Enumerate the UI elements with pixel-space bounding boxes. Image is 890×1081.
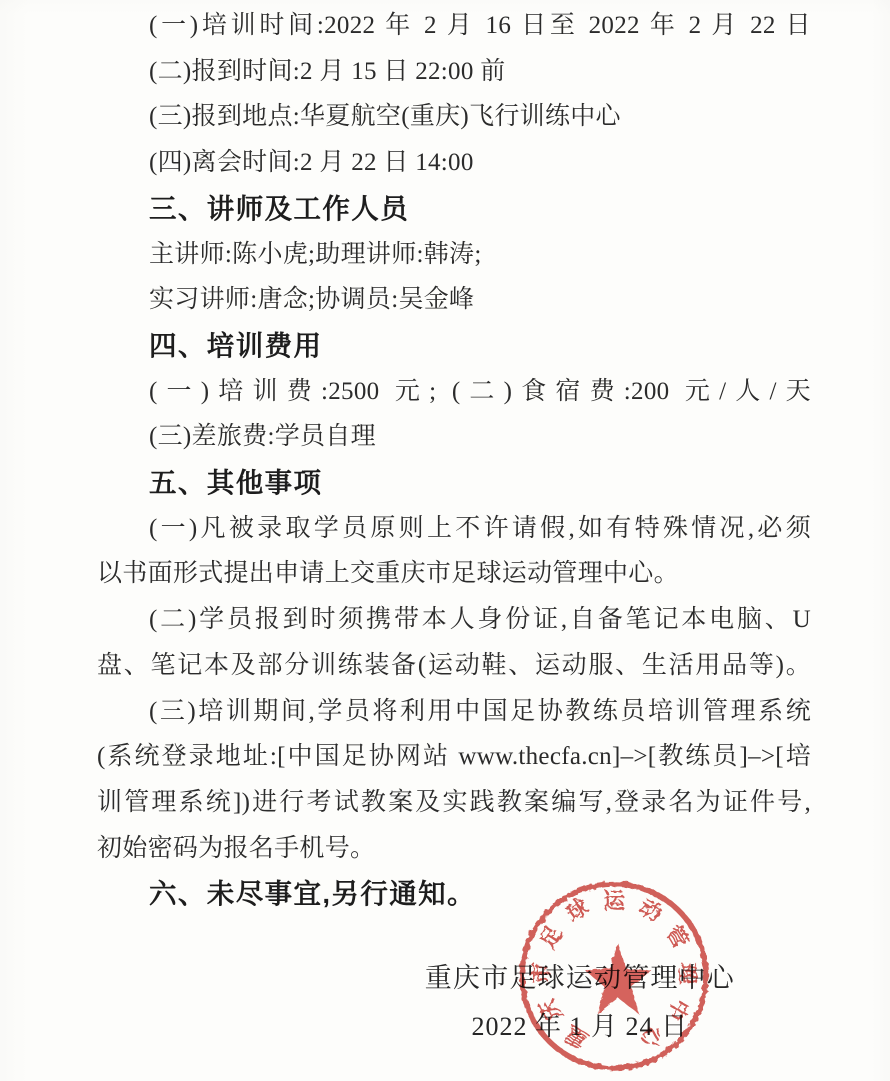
document-line: (三)报到地点:华夏航空(重庆)飞行训练中心 — [97, 94, 811, 140]
seal-arc-char: 足 — [535, 921, 567, 952]
document-line: (三)差旅费:学员自理 — [97, 414, 811, 460]
document-line: (二)学员报到时须携带本人身份证,自备笔记本电脑、U — [97, 597, 811, 643]
document-heading-line: 三、讲师及工作人员 — [97, 186, 811, 232]
document-line: 初始密码为报名手机号。 — [97, 826, 811, 872]
document-line: (三)培训期间,学员将利用中国足协教练员培训管理系统 — [97, 689, 811, 735]
signature-date: 2022 年 1 月 24 日 — [471, 1006, 688, 1043]
document-page: (一)培训时间:2022 年 2 月 16 日至 2022 年 2 月 22 日… — [0, 0, 890, 1081]
document-line: (四)离会时间:2 月 22 日 14:00 — [97, 140, 811, 186]
document-line: 训管理系统])进行考试教案及实践教案编写,登录名为证件号, — [97, 780, 811, 826]
document-line: (一)凡被录取学员原则上不许请假,如有特殊情况,必须 — [97, 506, 811, 552]
document-heading-line: 四、培训费用 — [97, 323, 811, 369]
document-line: 主讲师:陈小虎;助理讲师:韩涛; — [97, 232, 811, 278]
document-line: 以书面形式提出申请上交重庆市足球运动管理中心。 — [97, 551, 811, 597]
document-line: (一)培训费:2500 元; (二)食宿费:200 元/人/天 — [97, 369, 811, 415]
document-heading-line: 五、其他事项 — [97, 460, 811, 506]
signature-org: 重庆市足球运动管理中心 — [425, 956, 735, 995]
document-line: (一)培训时间:2022 年 2 月 16 日至 2022 年 2 月 22 日 — [97, 3, 811, 49]
document-line: (系统登录地址:[中国足协网站 www.thecfa.cn]–>[教练员]–>[… — [97, 734, 811, 780]
document-line: 盘、笔记本及部分训练装备(运动鞋、运动服、生活用品等)。 — [97, 643, 811, 689]
document-heading-line: 六、未尽事宜,另行通知。 — [97, 871, 811, 917]
document-line: 实习讲师:唐念;协调员:吴金峰 — [97, 277, 811, 323]
document-lines: (一)培训时间:2022 年 2 月 16 日至 2022 年 2 月 22 日… — [97, 3, 811, 917]
seal-arc-char: 管 — [661, 921, 694, 953]
document-line: (二)报到时间:2 月 15 日 22:00 前 — [97, 49, 811, 95]
